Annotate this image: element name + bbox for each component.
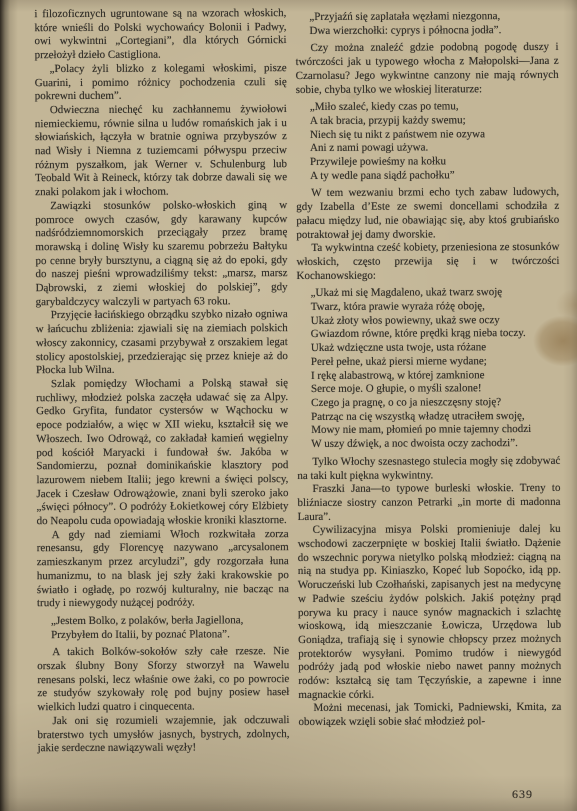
paragraph: Jak oni się rozumieli wzajemnie, jak odc… [37,714,289,756]
verse-line: Ukaż złoty włos powiewny, ukaż swe oczy [311,314,560,329]
paragraph: Czy można znaleźć gdzie podobną pogodę d… [296,41,559,97]
verse-line: A ty wedle pana siądź pachołku” [310,169,559,184]
verse-line: „Miło szaleć, kiedy czas po temu, [310,100,559,115]
verse-line: Ani z nami powagi używa. [310,141,559,156]
paragraph: Cywilizacyjna misya Polski promieniuje d… [298,523,562,702]
verse-line: Twarz, która prawie wyraża różę oboję, [311,300,560,315]
verse-line: Dwa wierzchołki: cyprys i północna jodła… [309,24,558,39]
right-column: „Przyjaźń się zaplatała węzłami niezgonn… [295,6,561,755]
verse-line: A tak bracia, przypij każdy swemu; [310,114,559,129]
paragraph: A takich Bolków-sokołów szły całe rzesze… [37,645,289,715]
verse-line: „Przyjaźń się zaplatała węzłami niezgonn… [309,10,558,25]
verse-line: Serce moje. O głupie, o myśli szalone! [311,382,560,397]
paragraph: „Polacy żyli blizko z kolegami włoskimi,… [35,62,287,104]
verse-line: Mowy nie mam, płomień po mnie tajemny ch… [311,423,560,438]
verse-line: Niech się tu nikt z państwem nie ozywa [310,127,559,142]
paragraph: Fraszki Jana—to typowe burleski włoskie.… [297,482,560,524]
paragraph: Przyjęcie łacińskiego obrządku szybko ni… [36,309,288,379]
verse-line: Pereł pełne, ukaż piersi mierne wydane; [311,355,560,370]
paragraph: Ta wykwintna cześć kobiety, przeniesiona… [296,241,559,283]
paragraph: Możni mecenasi, jak Tomicki, Padniewski,… [298,701,561,730]
paragraph: A gdy nad ziemiami Włoch rozkwitała zorz… [37,528,289,611]
verse-line: I rękę alabastrową, w której zamknione [311,368,560,383]
text-columns: i filozoficznych ugruntowane są na wzora… [34,6,561,756]
verse-line: Gwiazdom równe, które prędki krąg nieba … [311,327,560,342]
verse-line: „Ukaż mi się Magdaleno, ukaż twarz swoję [311,286,560,301]
verse-line: Przybyłem do Italii, by poznać Platona”. [51,628,289,643]
verse-line: Czego ja pragnę, o co ja nieszczęsny sto… [311,396,560,411]
paragraph: Odwieczna niechęć ku zachłannemu żywioło… [35,103,287,200]
page-number: 639 [512,787,533,802]
verse-block: „Ukaż mi się Magdaleno, ukaż twarz swoję… [311,286,561,452]
page-body: i filozoficznych ugruntowane są na wzora… [34,6,561,756]
paragraph: W tem wezwaniu brzmi echo tych zabaw lud… [296,186,559,242]
verse-block: „Przyjaźń się zaplatała węzłami niezgonn… [309,10,558,38]
verse-block: „Jestem Bolko, z polaków, berła Jagiello… [51,614,289,642]
paragraph: i filozoficznych ugruntowane są na wzora… [34,7,286,63]
verse-line: Ukaż wdzięczne usta twoje, usta różane [311,341,560,356]
verse-line: Przywileje powieśmy na kołku [310,155,559,170]
verse-block: „Miło szaleć, kiedy czas po temu,A tak b… [310,100,559,183]
paragraph: Tylko Włochy szesnastego stulecia mogły … [297,455,560,484]
scanned-page: i filozoficznych ugruntowane są na wzora… [0,0,577,811]
paragraph: Zawiązki stosunków polsko-włoskich giną … [35,199,287,310]
verse-line: „Jestem Bolko, z polaków, berła Jagiello… [51,614,289,629]
paragraph: Szlak pomiędzy Włochami a Polską stawał … [36,377,289,529]
left-column: i filozoficznych ugruntowane są na wzora… [34,7,289,756]
verse-line: Patrząc na cię wszystką władzę utraciłem… [311,410,560,425]
verse-line: W uszy dźwięk, a noc dwoista oczy zachod… [311,437,560,452]
